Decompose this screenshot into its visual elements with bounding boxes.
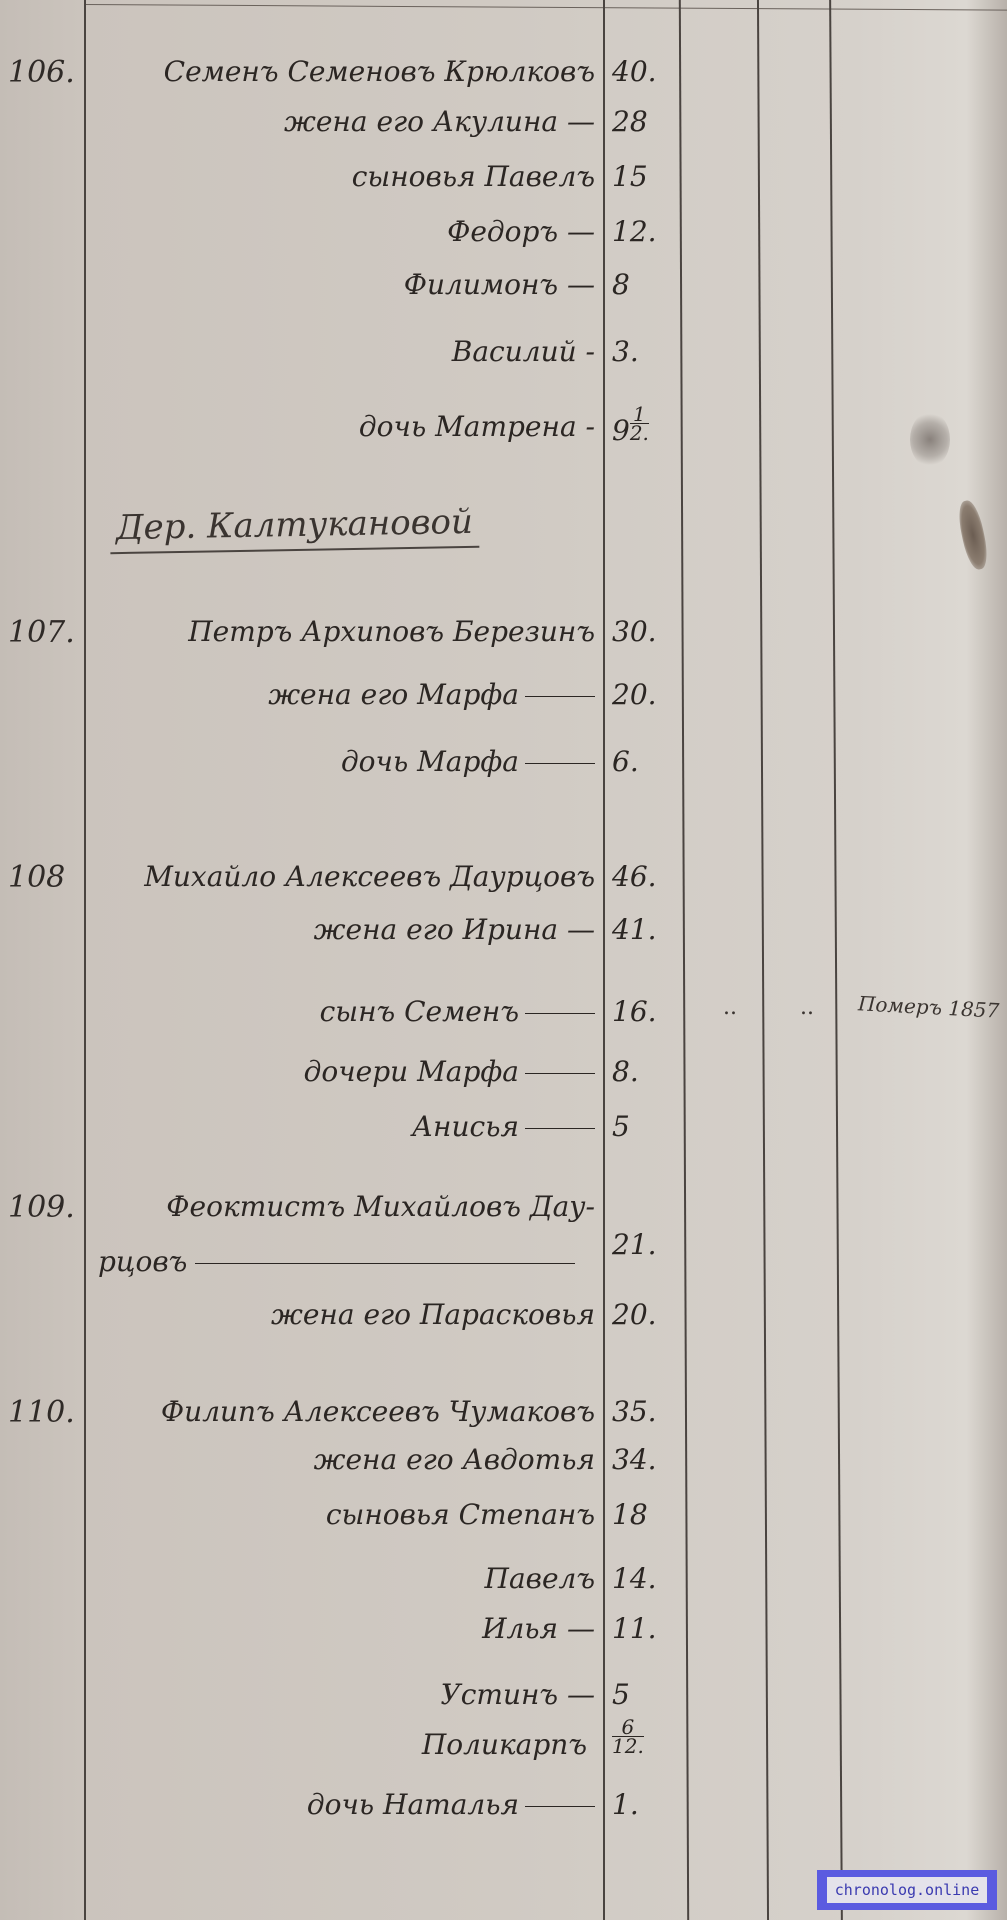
member-name: Павелъ xyxy=(485,1562,595,1595)
member-name: дочь Наталья xyxy=(307,1788,595,1821)
member-name: дочери Марфа xyxy=(304,1055,595,1088)
member-name: дочь Матрена - xyxy=(359,410,595,443)
ditto-mark: .. xyxy=(800,995,814,1020)
member-age: 12. xyxy=(612,215,682,248)
filler-dash xyxy=(525,696,595,697)
member-age: 20. xyxy=(612,1298,682,1331)
member-name-continued: рцовъ xyxy=(98,1245,575,1278)
member-name-text: Анисья xyxy=(412,1110,519,1143)
household-number: 107. xyxy=(8,615,78,650)
member-age: 30. xyxy=(612,615,682,648)
member-name: Федоръ — xyxy=(447,215,595,248)
column-rule-col3 xyxy=(757,0,769,1920)
column-rule-col4 xyxy=(829,0,842,1920)
member-name-text: сынъ Семенъ xyxy=(320,995,519,1028)
fraction-denominator: 12. xyxy=(612,1736,644,1755)
member-name: Филипъ Алексеевъ Чумаковъ xyxy=(161,1395,595,1428)
member-name: Михайло Алексеевъ Даурцовъ xyxy=(144,860,595,893)
member-age: 34. xyxy=(612,1443,682,1476)
remark-died: Померъ 1857 xyxy=(857,991,999,1022)
member-age: 5 xyxy=(612,1678,682,1711)
member-age: 5 xyxy=(612,1110,682,1143)
member-age: 20. xyxy=(612,678,682,711)
age-fraction: 612. xyxy=(612,1718,644,1755)
member-name: жена его Марфа xyxy=(268,678,595,711)
member-name: Филимонъ — xyxy=(404,268,595,301)
member-age: 912. xyxy=(612,405,682,447)
register-page: 106. Семенъ Семеновъ Крюлковъ 40. жена е… xyxy=(0,0,1007,1920)
member-age: 8. xyxy=(612,1055,682,1088)
member-name: жена его Парасковья xyxy=(271,1298,595,1331)
household-number: 110. xyxy=(8,1395,78,1430)
filler-dash xyxy=(525,1013,595,1014)
member-age: 41. xyxy=(612,913,682,946)
member-name-text: жена его Марфа xyxy=(268,678,519,711)
member-age: 14. xyxy=(612,1562,682,1595)
age-fraction: 12. xyxy=(630,405,649,442)
ink-stain xyxy=(910,412,950,467)
member-name: жена его Акулина — xyxy=(284,105,595,138)
ink-stain xyxy=(955,498,991,571)
member-name: Анисья xyxy=(412,1110,595,1143)
top-rule xyxy=(84,4,1007,11)
member-name: сынъ Семенъ xyxy=(320,995,595,1028)
member-age: 8 xyxy=(612,268,682,301)
filler-dash xyxy=(525,763,595,764)
filler-dash xyxy=(525,1128,595,1129)
member-age: 18 xyxy=(612,1498,682,1531)
member-age: 6. xyxy=(612,745,682,778)
age-whole: 9 xyxy=(612,414,630,447)
household-number: 106. xyxy=(8,55,78,90)
member-age: 1. xyxy=(612,1788,682,1821)
watermark: chronolog.online xyxy=(817,1870,997,1910)
household-number: 108 xyxy=(8,860,78,895)
member-age: 21. xyxy=(612,1228,682,1261)
member-name: сыновья Павелъ xyxy=(352,160,595,193)
household-number: 109. xyxy=(8,1190,78,1225)
member-age: 612. xyxy=(612,1718,682,1760)
member-name: Феоктистъ Михайловъ Дау- xyxy=(166,1190,595,1223)
ditto-mark: .. xyxy=(723,995,737,1020)
member-name-text: рцовъ xyxy=(98,1245,187,1278)
member-age: 16. xyxy=(612,995,682,1028)
fraction-denominator: 2. xyxy=(630,423,649,442)
member-name: Петръ Архиповъ Березинъ xyxy=(188,615,595,648)
member-name: жена его Ирина — xyxy=(314,913,595,946)
member-age: 46. xyxy=(612,860,682,893)
member-age: 11. xyxy=(612,1612,682,1645)
filler-line xyxy=(195,1263,575,1264)
member-name: Устинъ — xyxy=(440,1678,595,1711)
column-rule-names xyxy=(603,0,605,1920)
watermark-text: chronolog.online xyxy=(827,1877,988,1903)
member-name: сыновья Степанъ xyxy=(326,1498,595,1531)
column-rule-number xyxy=(84,0,86,1920)
member-name: Семенъ Семеновъ Крюлковъ xyxy=(164,55,595,88)
member-name-text: дочь Наталья xyxy=(307,1788,519,1821)
member-age: 15 xyxy=(612,160,682,193)
member-name-text: дочь Марфа xyxy=(341,745,519,778)
member-name: Илья — xyxy=(482,1612,595,1645)
member-age: 40. xyxy=(612,55,682,88)
member-name: Василий - xyxy=(452,335,595,368)
filler-dash xyxy=(525,1806,595,1807)
member-name-text: дочери Марфа xyxy=(304,1055,519,1088)
member-name: дочь Марфа xyxy=(341,745,595,778)
member-age: 3. xyxy=(612,335,682,368)
member-name: жена его Авдотья xyxy=(314,1443,595,1476)
member-age: 28 xyxy=(612,105,682,138)
village-heading: Дер. Калтукановой xyxy=(110,502,480,554)
filler-dash xyxy=(525,1073,595,1074)
member-age: 35. xyxy=(612,1395,682,1428)
member-name: Поликарпъ xyxy=(422,1728,587,1761)
